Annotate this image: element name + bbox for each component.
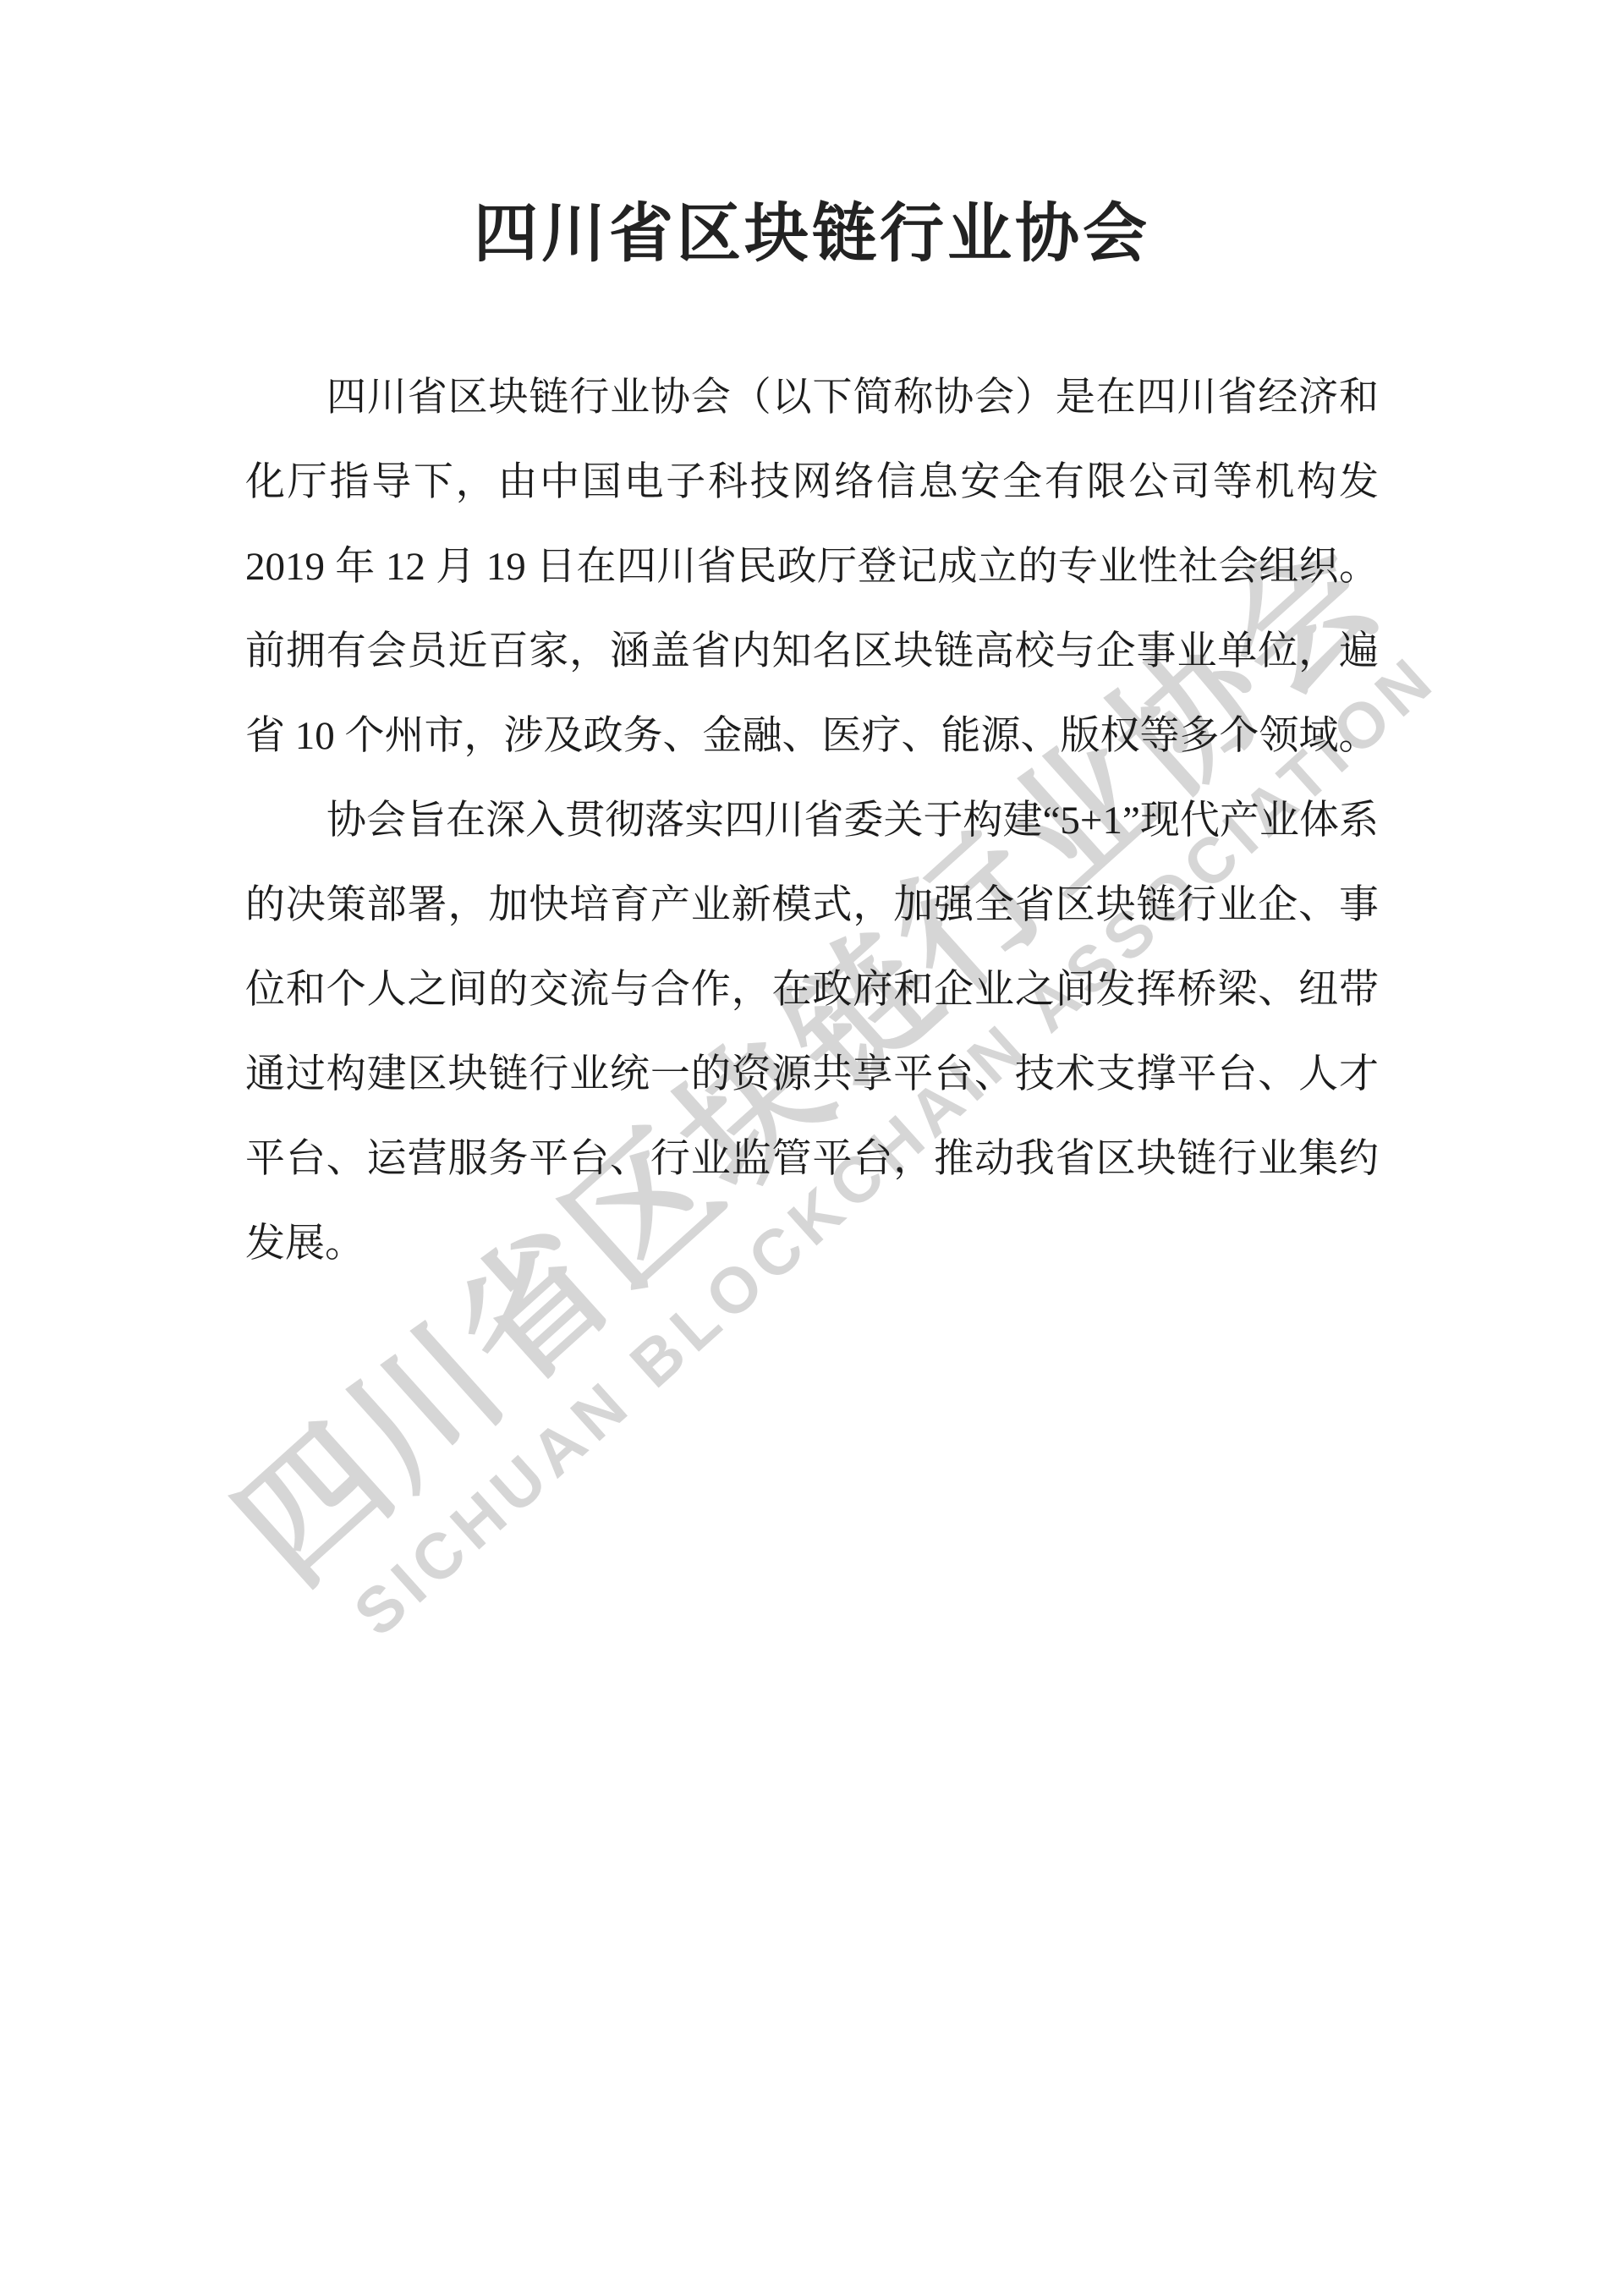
text-line: 的决策部署，加快培育产业新模式，加强全省区块链行业企、事业单 (245, 863, 1379, 948)
text-line: 发展。 (245, 1201, 1379, 1286)
document-title: 四川省区块链行业协会 (0, 200, 1624, 271)
text-line: 平台、运营服务平台、行业监管平台，推动我省区块链行业集约高效 (245, 1117, 1379, 1201)
text-line: 化厅指导下，由中国电子科技网络信息安全有限公司等机构发起，于 (245, 440, 1379, 525)
text-line: 2019 年 12 月 19 日在四川省民政厅登记成立的专业性社会组织。目 (245, 525, 1379, 609)
text-line: 四川省区块链行业协会（以下简称协会）是在四川省经济和信息 (245, 355, 1379, 440)
text-line: 通过构建区块链行业统一的资源共享平台、技术支撑平台、人才培养 (245, 1032, 1379, 1117)
document-page: 四川省区块链行业协会 SICHUAN BLOCKCHAIN ASSOCIATIO… (0, 0, 1624, 2296)
text-line: 省 10 个州市，涉及政务、金融、医疗、能源、版权等多个领域。 (245, 694, 1379, 778)
text-line: 协会旨在深入贯彻落实四川省委关于构建“5+1”现代产业体系 (245, 778, 1379, 863)
document-content: 四川省区块链行业协会 四川省区块链行业协会（以下简称协会）是在四川省经济和信息化… (0, 0, 1624, 2296)
text-line: 前拥有会员近百家，涵盖省内知名区块链高校与企事业单位，遍布全 (245, 609, 1379, 694)
text-line: 位和个人之间的交流与合作，在政府和企业之间发挥桥梁、纽带作用。 (245, 948, 1379, 1032)
document-body: 四川省区块链行业协会（以下简称协会）是在四川省经济和信息化厅指导下，由中国电子科… (245, 355, 1379, 1286)
